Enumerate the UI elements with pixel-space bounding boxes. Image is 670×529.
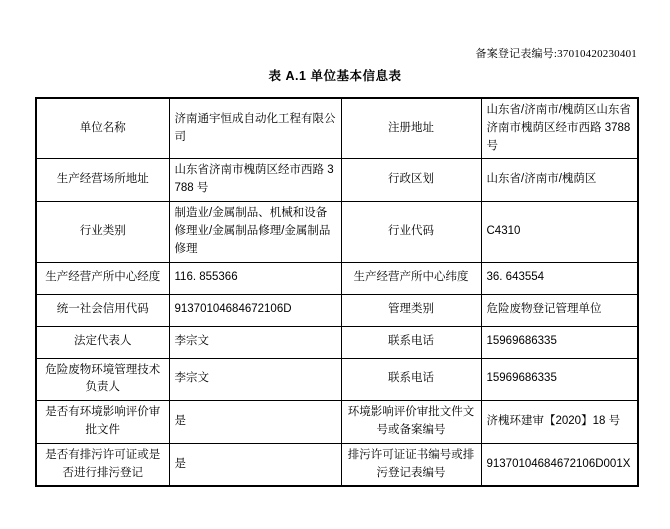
table-row-operation-address: 生产经营场所地址 山东省济南市槐荫区经市西路 3788 号 行政区划 山东省/济… (36, 159, 638, 202)
value-hazwaste-tech-manager: 李宗文 (169, 358, 341, 401)
value-eia-approval-number: 济槐环建审【2020】18 号 (481, 401, 638, 444)
value-contact-phone-2: 15969686335 (481, 358, 638, 401)
label-center-longitude: 生产经营产所中心经度 (36, 262, 169, 294)
value-management-category: 危险废物登记管理单位 (481, 294, 638, 326)
label-registered-address: 注册地址 (341, 98, 481, 159)
label-unit-name: 单位名称 (36, 98, 169, 159)
table-row-industry: 行业类别 制造业/金属制品、机械和设备修理业/金属制品修理/金属制品修理 行业代… (36, 202, 638, 262)
label-industry-category: 行业类别 (36, 202, 169, 262)
label-has-discharge-permit: 是否有排污许可证或是否进行排污登记 (36, 443, 169, 486)
value-unit-name: 济南通宇恒成自动化工程有限公司 (169, 98, 341, 159)
label-has-eia-approval: 是否有环境影响评价审批文件 (36, 401, 169, 444)
table-row-eia-approval: 是否有环境影响评价审批文件 是 环境影响评价审批文件文号或备案编号 济槐环建审【… (36, 401, 638, 444)
label-center-latitude: 生产经营产所中心纬度 (341, 262, 481, 294)
value-center-latitude: 36. 643554 (481, 262, 638, 294)
label-operation-address: 生产经营场所地址 (36, 159, 169, 202)
table-row-coordinates: 生产经营产所中心经度 116. 855366 生产经营产所中心纬度 36. 64… (36, 262, 638, 294)
value-center-longitude: 116. 855366 (169, 262, 341, 294)
label-management-category: 管理类别 (341, 294, 481, 326)
label-eia-approval-number: 环境影响评价审批文件文号或备案编号 (341, 401, 481, 444)
table-row-tech-manager: 危险废物环境管理技术负责人 李宗文 联系电话 15969686335 (36, 358, 638, 401)
value-industry-category: 制造业/金属制品、机械和设备修理业/金属制品修理/金属制品修理 (169, 202, 341, 262)
value-has-discharge-permit: 是 (169, 443, 341, 486)
unit-basic-info-table: 单位名称 济南通宇恒成自动化工程有限公司 注册地址 山东省/济南市/槐荫区山东省… (35, 97, 639, 487)
table-row-unit-name: 单位名称 济南通宇恒成自动化工程有限公司 注册地址 山东省/济南市/槐荫区山东省… (36, 98, 638, 159)
value-industry-code: C4310 (481, 202, 638, 262)
record-registration-number: 备案登记表编号:37010420230401 (476, 45, 637, 61)
value-discharge-permit-number: 91370104684672106D001X (481, 443, 638, 486)
label-hazwaste-tech-manager: 危险废物环境管理技术负责人 (36, 358, 169, 401)
table-row-credit-code: 统一社会信用代码 91370104684672106D 管理类别 危险废物登记管… (36, 294, 638, 326)
value-registered-address: 山东省/济南市/槐荫区山东省济南市槐荫区经市西路 3788 号 (481, 98, 638, 159)
label-admin-division: 行政区划 (341, 159, 481, 202)
label-contact-phone: 联系电话 (341, 326, 481, 358)
value-admin-division: 山东省/济南市/槐荫区 (481, 159, 638, 202)
label-industry-code: 行业代码 (341, 202, 481, 262)
table-row-legal-representative: 法定代表人 李宗文 联系电话 15969686335 (36, 326, 638, 358)
label-contact-phone-2: 联系电话 (341, 358, 481, 401)
value-operation-address: 山东省济南市槐荫区经市西路 3788 号 (169, 159, 341, 202)
table-title: 表 A.1 单位基本信息表 (0, 66, 670, 84)
value-legal-representative: 李宗文 (169, 326, 341, 358)
label-discharge-permit-number: 排污许可证证书编号或排污登记表编号 (341, 443, 481, 486)
value-credit-code: 91370104684672106D (169, 294, 341, 326)
value-has-eia-approval: 是 (169, 401, 341, 444)
document-page: 备案登记表编号:37010420230401 表 A.1 单位基本信息表 单位名… (0, 0, 670, 529)
value-contact-phone: 15969686335 (481, 326, 638, 358)
table-row-discharge-permit: 是否有排污许可证或是否进行排污登记 是 排污许可证证书编号或排污登记表编号 91… (36, 443, 638, 486)
label-credit-code: 统一社会信用代码 (36, 294, 169, 326)
label-legal-representative: 法定代表人 (36, 326, 169, 358)
